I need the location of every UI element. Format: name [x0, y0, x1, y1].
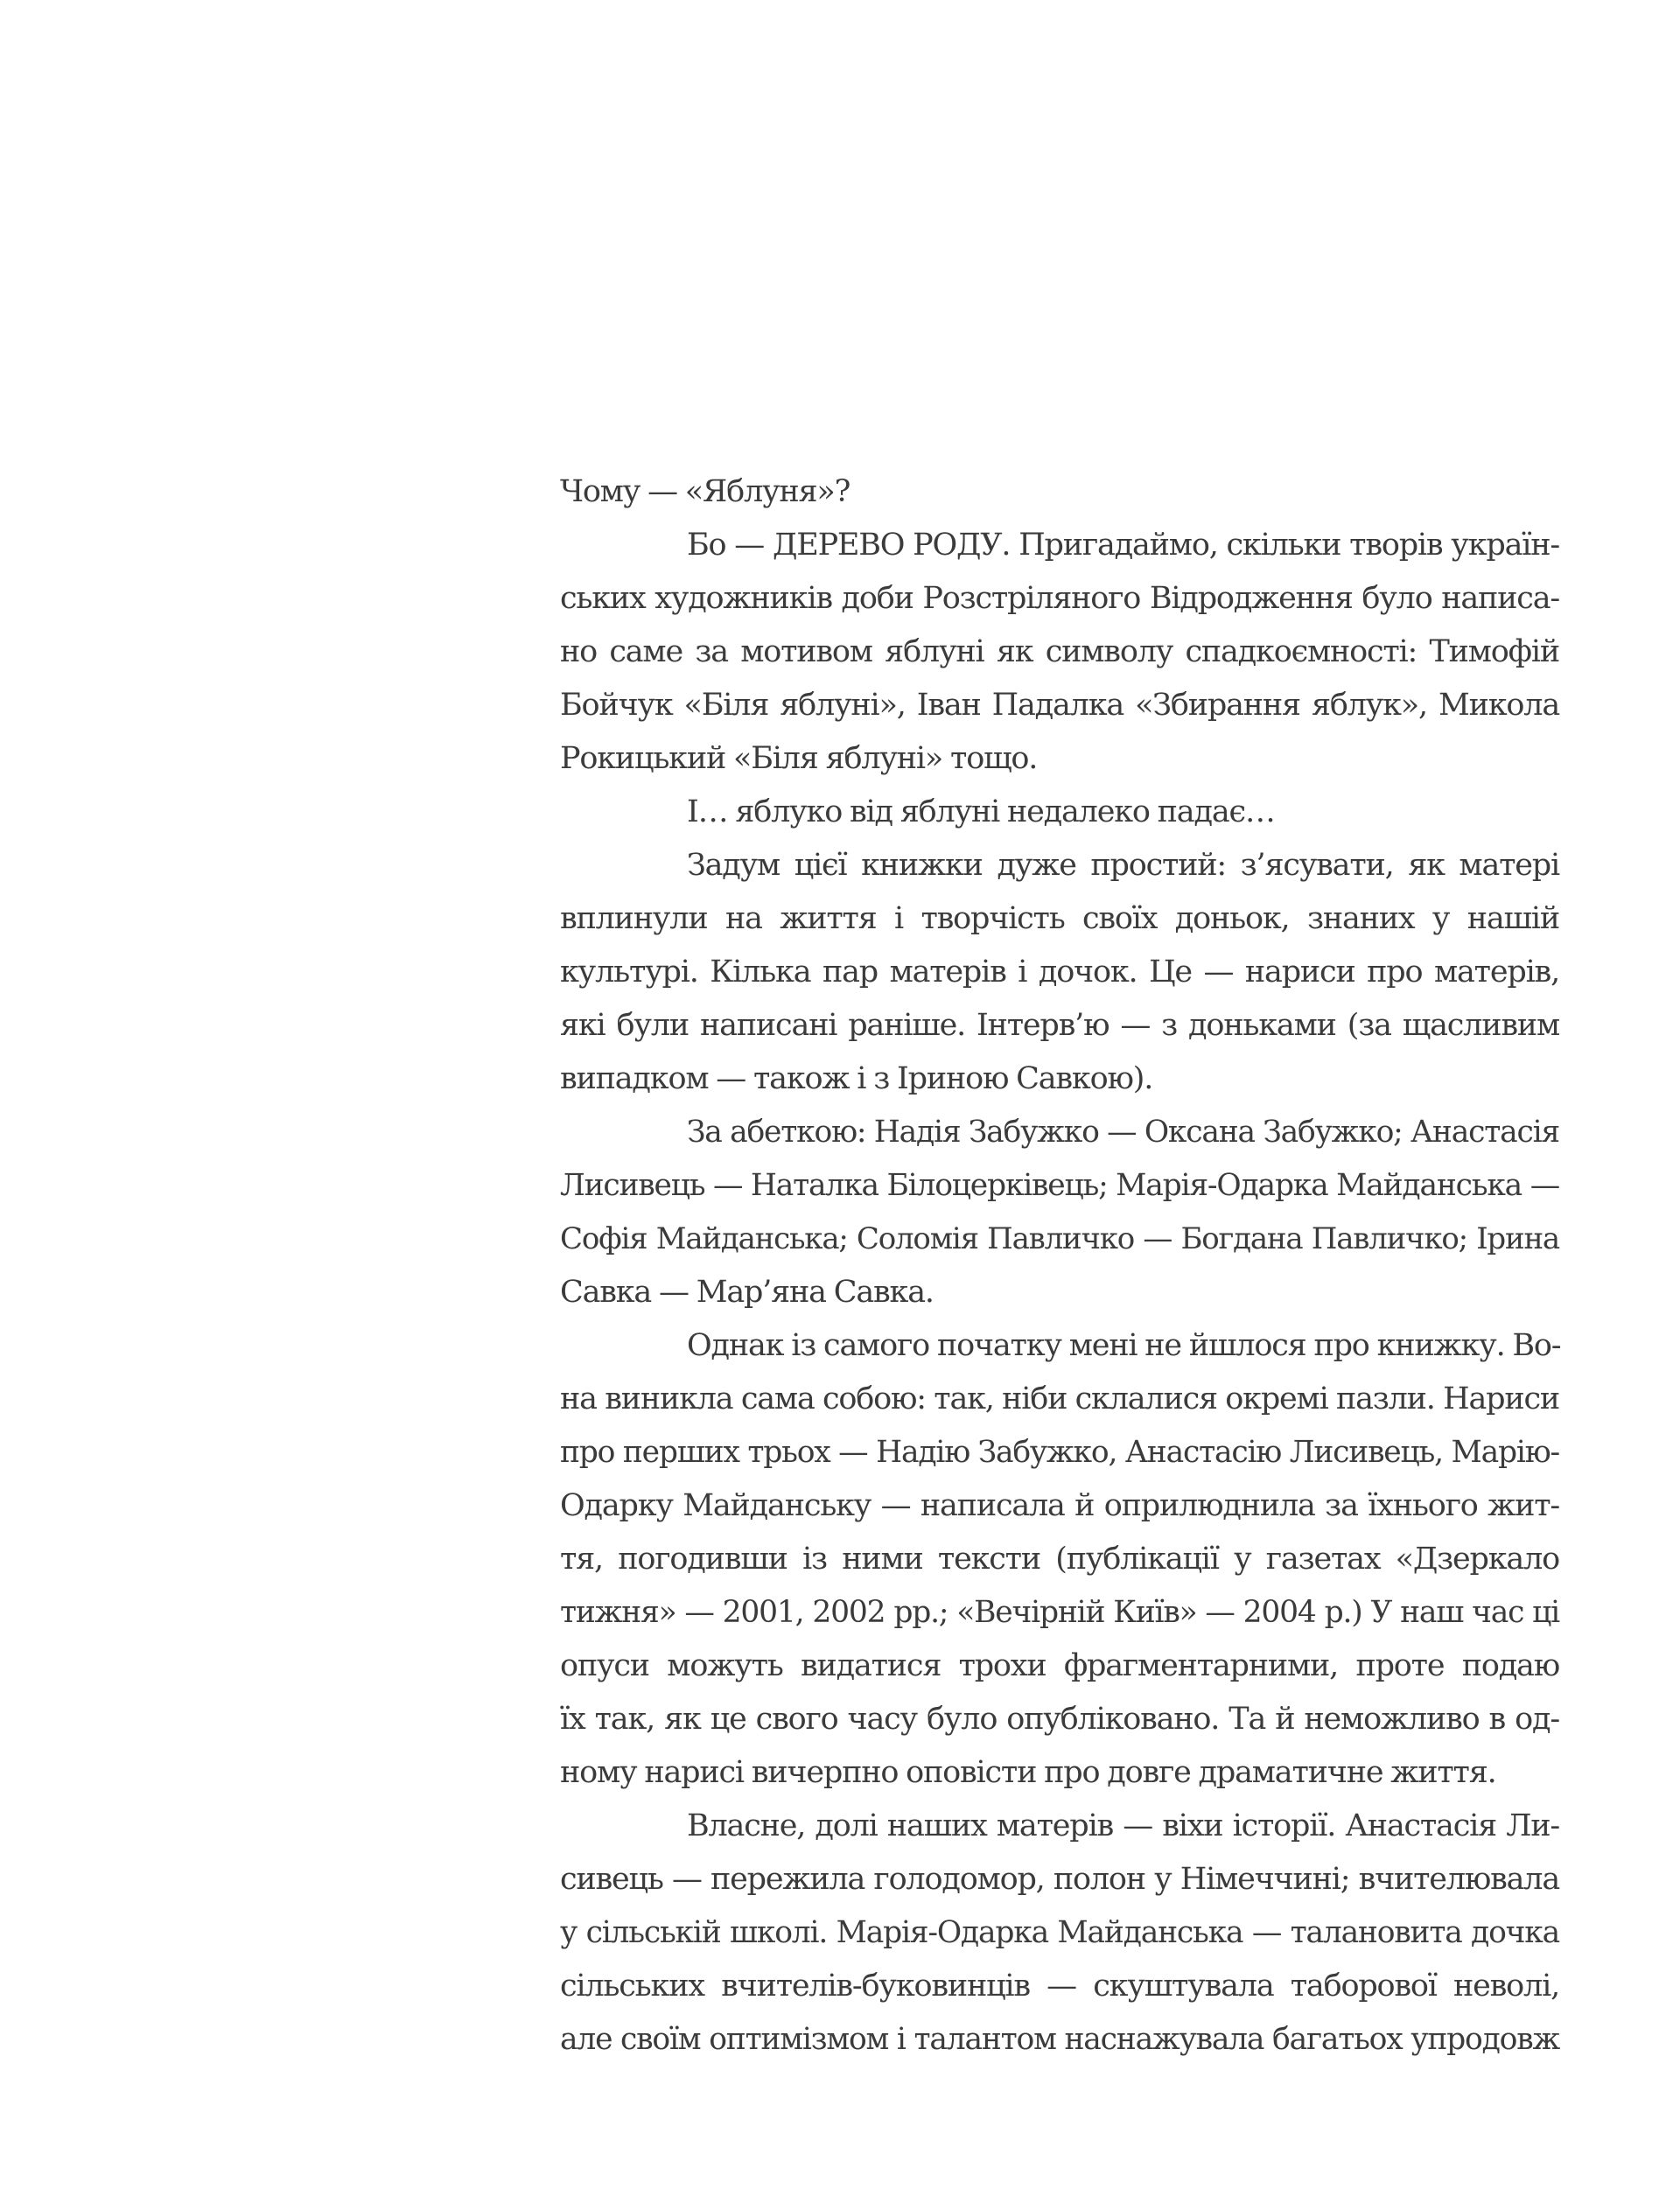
text-line: випадком — також і з Іриною Савкою). — [560, 1053, 1559, 1106]
text-line: Рокицький «Біля яблуні» тощо. — [560, 732, 1559, 786]
text-line: Савка — Мар’яна Савка. — [560, 1266, 1559, 1319]
text-line: вплинули на життя і творчість своїх донь… — [560, 892, 1559, 946]
text-line: Задум цієї книжки дуже простий: з’ясуват… — [560, 839, 1559, 892]
text-line: Софія Майданська; Соломія Павличко — Бог… — [560, 1213, 1559, 1266]
text-line: За абеткою: Надія Забужко — Оксана Забуж… — [560, 1106, 1559, 1159]
paragraph: І… яблуко від яблуні недалеко падає… — [560, 786, 1559, 839]
text-line: Чому — «Яблуня»? — [560, 465, 1559, 519]
paragraph: За абеткою: Надія Забужко — Оксана Забуж… — [560, 1106, 1559, 1319]
text-line: але своїм оптимізмом і талантом наснажув… — [560, 2013, 1559, 2067]
text-line: Одарку Майданську — написала й оприлюдни… — [560, 1479, 1559, 1533]
text-line: Лисивець — Наталка Білоцерківець; Марія-… — [560, 1159, 1559, 1213]
paragraph: Однак із самого початку мені не йшлося п… — [560, 1319, 1559, 1800]
text-line: опуси можуть видатися трохи фрагментарни… — [560, 1640, 1559, 1693]
paragraph: Чому — «Яблуня»? — [560, 465, 1559, 519]
text-line: сивець — пережила голодомор, полон у Нім… — [560, 1853, 1559, 1906]
text-line: тя, погодивши із ними тексти (публікації… — [560, 1533, 1559, 1586]
text-line: но саме за мотивом яблуні як символу спа… — [560, 626, 1559, 679]
paragraph: Власне, долі наших матерів — віхи історі… — [560, 1800, 1559, 2067]
text-line: які були написані раніше. Інтерв’ю — з д… — [560, 999, 1559, 1053]
text-line: Бойчук «Біля яблуні», Іван Падалка «Збир… — [560, 679, 1559, 732]
text-line: І… яблуко від яблуні недалеко падає… — [560, 786, 1559, 839]
text-line: Однак із самого початку мені не йшлося п… — [560, 1319, 1559, 1373]
text-line: у сільській школі. Марія-Одарка Майдансь… — [560, 1906, 1559, 1960]
text-line: ських художників доби Розстріляного Відр… — [560, 572, 1559, 626]
text-line: сільських вчителів-буковинців — скуштува… — [560, 1960, 1559, 2013]
paragraph: Задум цієї книжки дуже простий: з’ясуват… — [560, 839, 1559, 1106]
text-line: Власне, долі наших матерів — віхи історі… — [560, 1800, 1559, 1853]
text-line: про перших трьох — Надію Забужко, Анаста… — [560, 1426, 1559, 1479]
paragraph: Бо — ДЕРЕВО РОДУ. Пригадаймо, скільки тв… — [560, 519, 1559, 786]
text-line: Бо — ДЕРЕВО РОДУ. Пригадаймо, скільки тв… — [560, 519, 1559, 572]
book-page-text: Чому — «Яблуня»?Бо — ДЕРЕВО РОДУ. Пригад… — [560, 465, 1559, 2067]
text-line: культурі. Кілька пар матерів і дочок. Це… — [560, 946, 1559, 999]
text-line: ному нарисі вичерпно оповісти про довге … — [560, 1746, 1559, 1800]
text-line: на виникла сама собою: так, ніби склалис… — [560, 1373, 1559, 1426]
text-line: їх так, як це свого часу було опублікова… — [560, 1693, 1559, 1746]
text-line: тижня» — 2001, 2002 рр.; «Вечірній Київ»… — [560, 1586, 1559, 1640]
